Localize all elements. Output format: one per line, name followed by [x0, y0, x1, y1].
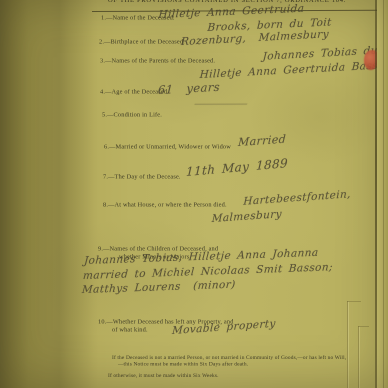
footnote-six-days: If the Deceased is not a married Person,… — [112, 354, 346, 367]
field-6-marital-status-label: 6.—Married or Unmarried, Widower or Wido… — [104, 143, 231, 150]
field-8-place-of-death-value: Hartebeestfontein, Malmesbury — [211, 187, 351, 227]
field-7-day-of-decease-label: 7.—The Day of the Decease. — [103, 173, 181, 180]
page-edge-line — [383, 0, 384, 388]
field-2-birthplace-label: 2.—Birthplace of the Deceased. — [99, 38, 185, 45]
field-5-condition-in-life-value: — — [191, 98, 252, 110]
underpage-corner-highlight — [359, 327, 360, 388]
footnote-six-weeks: If otherwise, it must be made within Six… — [108, 372, 219, 379]
field-9-children-value: Johannes Tobias, Hilletje Anna Johanna m… — [81, 245, 334, 297]
death-notice-document-scan: OF THE PROVISIONS CONTAINED IN SECTION 7… — [0, 0, 388, 388]
field-5-condition-in-life-label: 5.—Condition in Life. — [102, 111, 162, 118]
field-8-place-of-death-label: 8.—At what House, or where the Person di… — [103, 201, 227, 208]
field-3-parents-value: Johannes Tobias du Toit Hilletje Anna Ge… — [199, 42, 388, 83]
field-4-age-value: 61 years — [158, 80, 221, 97]
underpage-corner-highlight — [348, 302, 349, 388]
field-6-marital-status-value: Married — [238, 133, 287, 149]
field-7-day-of-decease-value: 11th May 1889 — [186, 156, 289, 179]
underpage-corner-line — [347, 301, 361, 302]
field-3-parents-label: 3.—Names of the Parents of the Deceased. — [100, 57, 215, 64]
binding-fold-shadow — [28, 0, 98, 388]
